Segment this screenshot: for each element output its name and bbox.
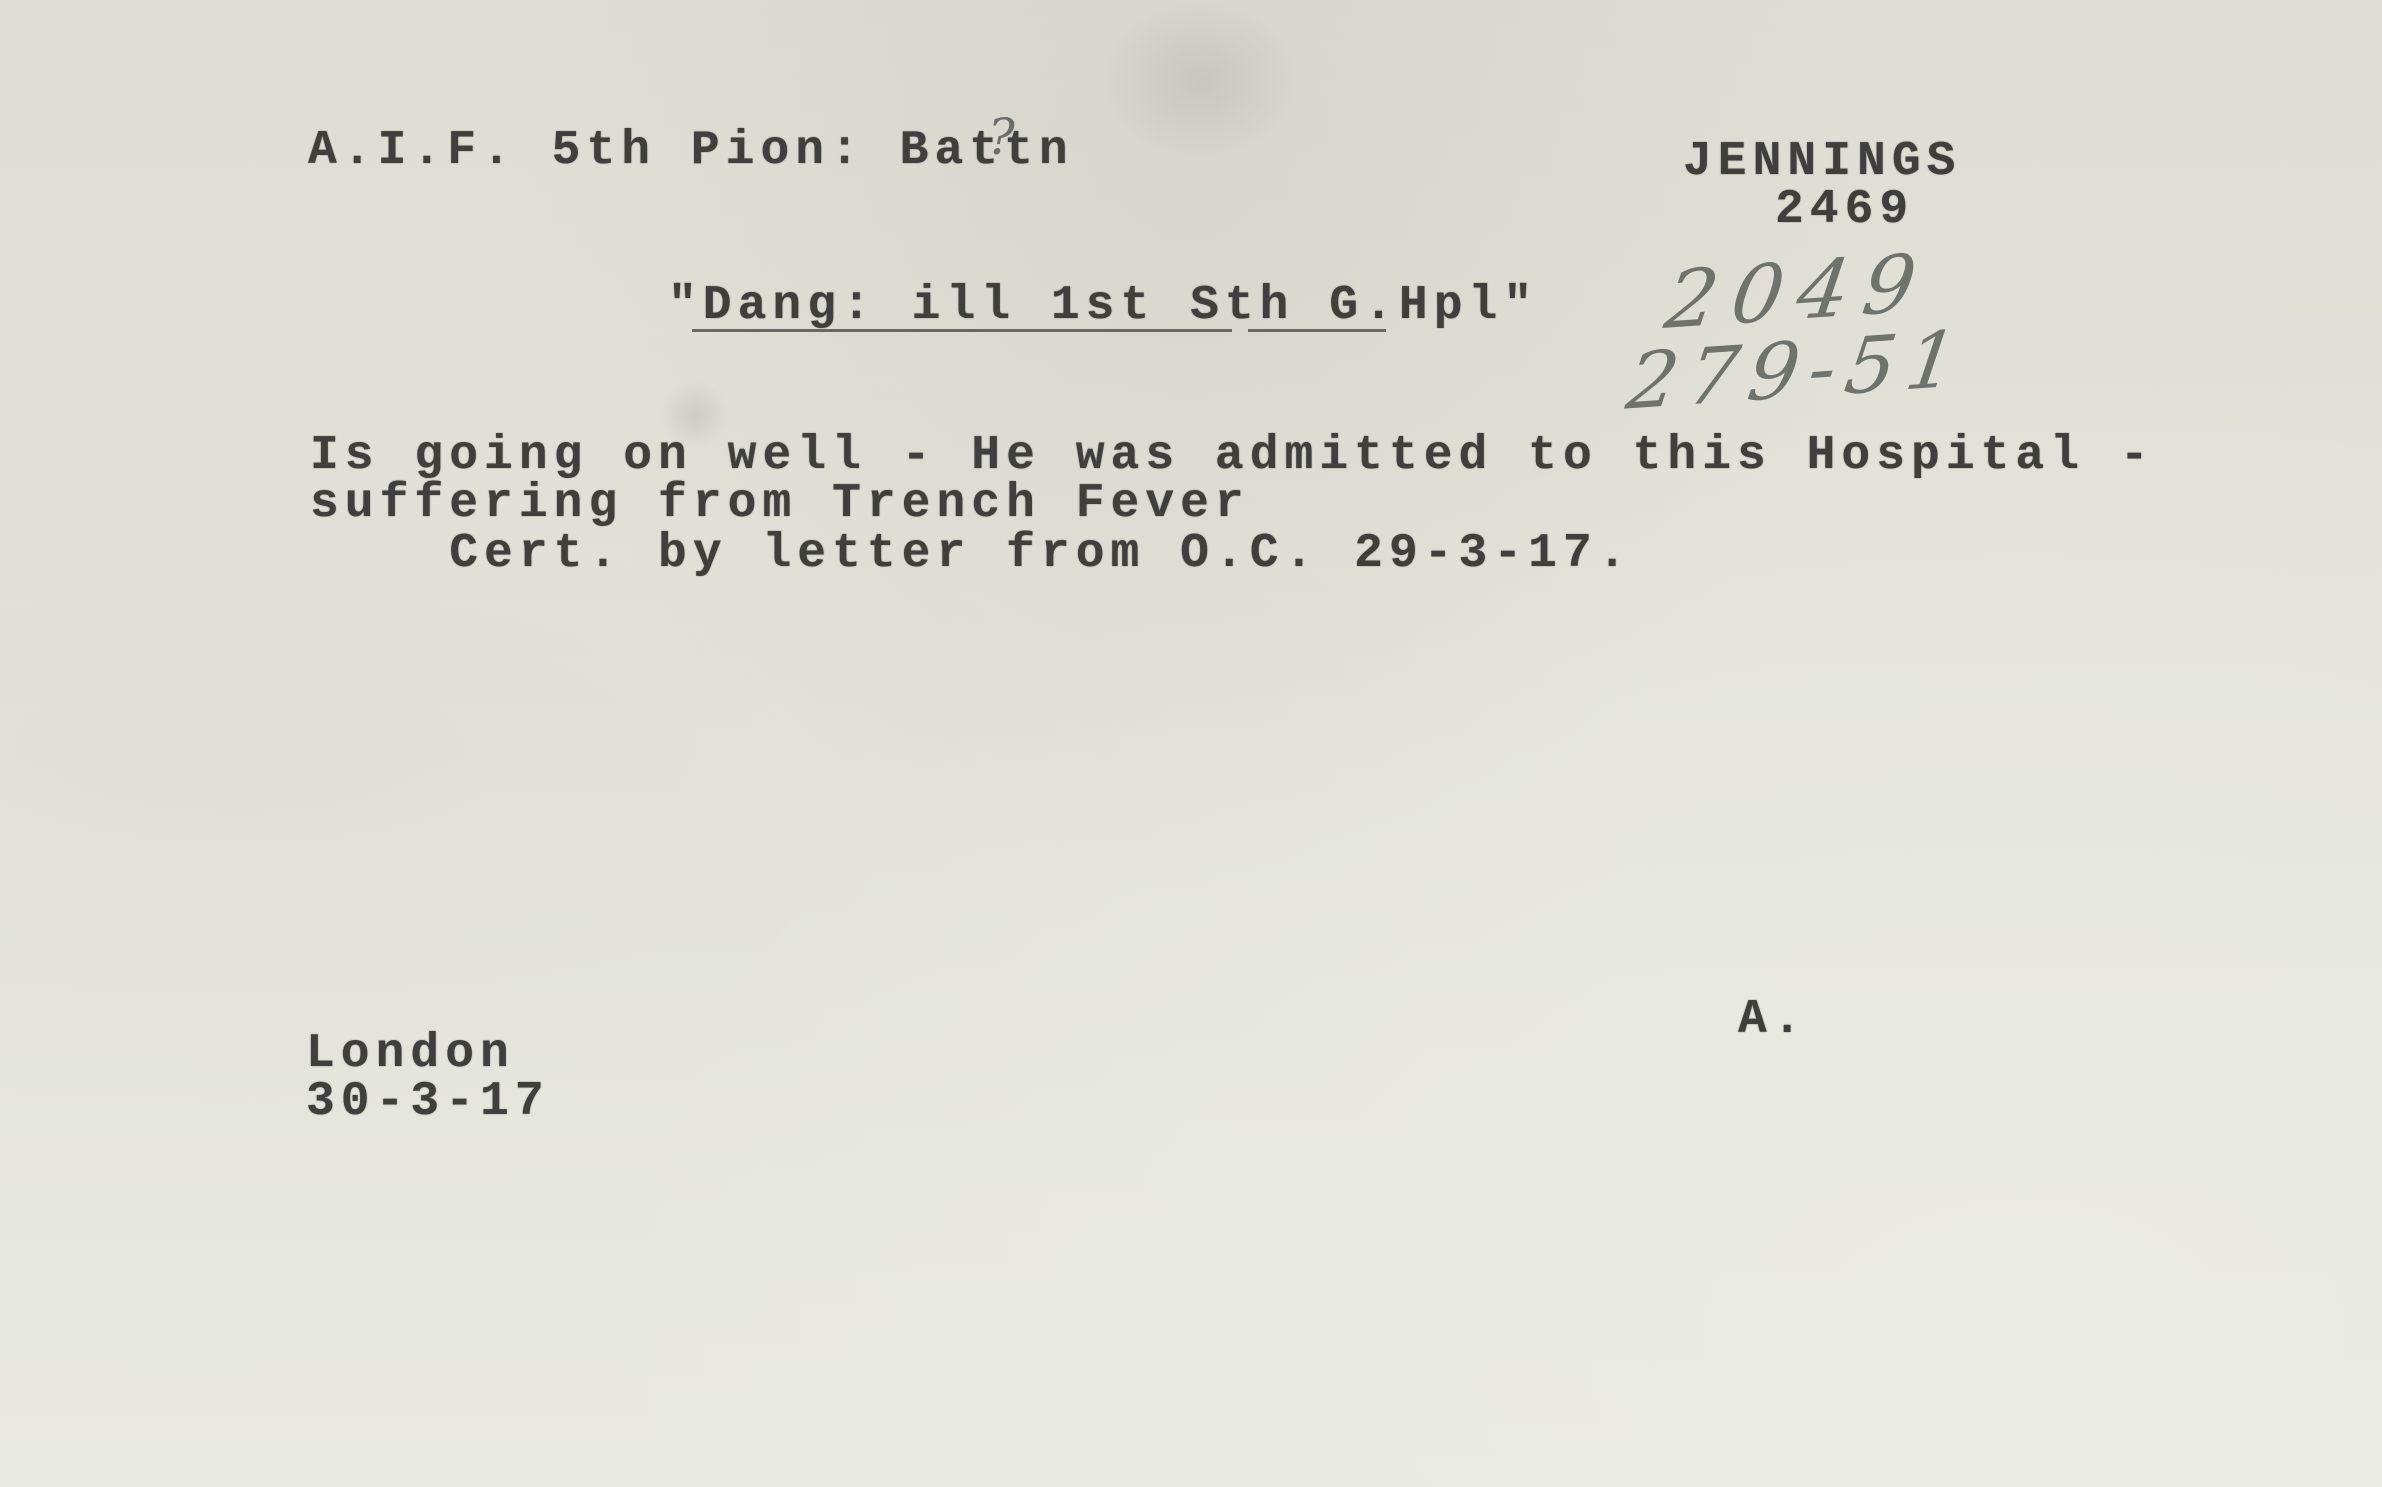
status-heading-underline: [692, 329, 1232, 332]
report-line-2: suffering from Trench Fever: [310, 480, 1250, 528]
status-heading: "Dang: ill 1st Sth G.Hpl": [668, 282, 1538, 330]
surname: JENNINGS: [1683, 138, 1961, 186]
unit-line: A.I.F. 5th Pion: Battn: [308, 127, 1074, 175]
status-heading-underline: [1248, 329, 1386, 332]
clerk-initial: A.: [1738, 996, 1808, 1044]
place: London: [306, 1030, 515, 1078]
paper-smudge: [1100, 0, 1300, 160]
date: 30-3-17: [306, 1078, 550, 1126]
handwritten-reference-2: 279-51: [1622, 320, 1972, 421]
service-number: 2469: [1775, 186, 1914, 234]
report-line-3: Cert. by letter from O.C. 29-3-17.: [310, 530, 1633, 578]
red-cross-enquiry-card: A.I.F. 5th Pion: Battn ? JENNINGS 2469 2…: [0, 0, 2382, 1487]
report-line-1: Is going on well - He was admitted to th…: [310, 432, 2155, 480]
unit-query-mark: ?: [988, 112, 1015, 162]
